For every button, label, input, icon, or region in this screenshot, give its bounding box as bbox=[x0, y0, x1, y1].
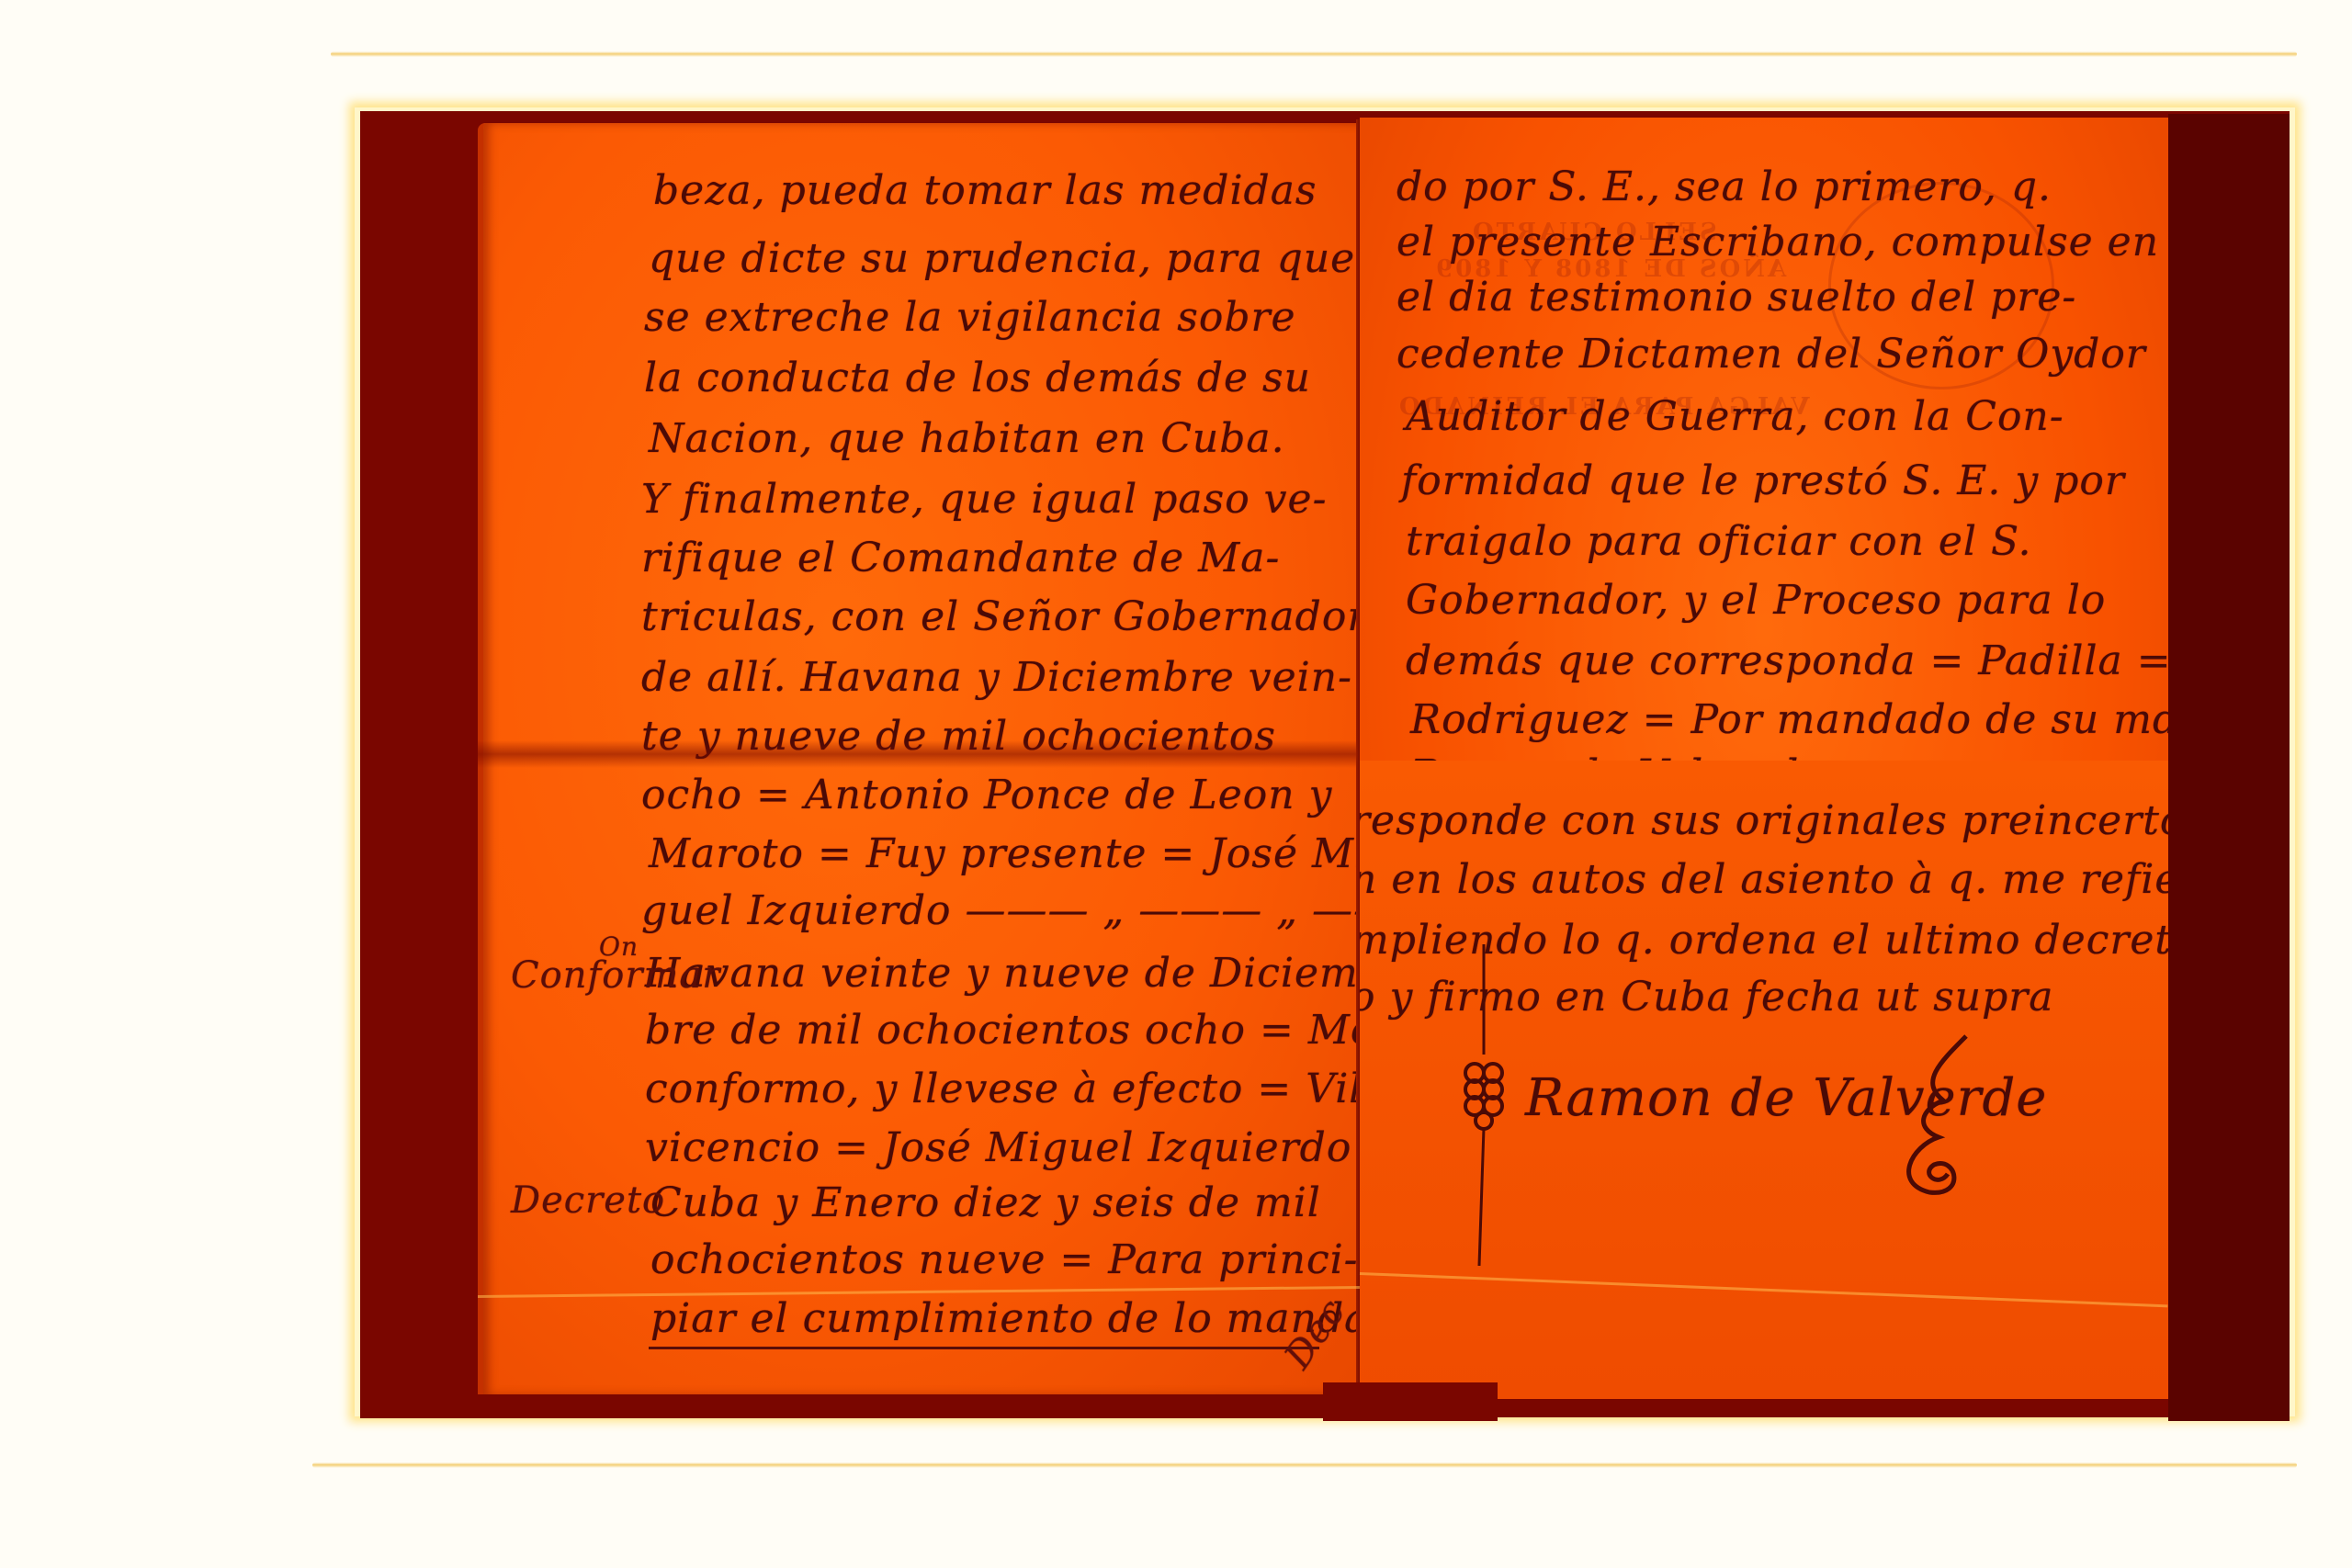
closing-underline bbox=[649, 1347, 1319, 1349]
right-line-2: el presente Escribano, compulse en bbox=[1396, 219, 2159, 265]
margin-note-decreto: Decreto bbox=[511, 1179, 665, 1222]
left-line-12: Maroto = Fuy presente = José Mi- bbox=[649, 830, 1365, 877]
right-line-8: Gobernador, y el Proceso para lo bbox=[1406, 577, 2106, 624]
right-line-4: cedente Dictamen del Señor Oydor bbox=[1396, 331, 2146, 378]
left-line-4: la conducta de los demás de su bbox=[644, 355, 1311, 401]
left-line-19: ochocientos nueve = Para princi- bbox=[650, 1236, 1359, 1283]
right-lower-line-2: n en los autos del asiento à q. me refie… bbox=[1360, 856, 2168, 903]
right-line-7: traigalo para oficiar con el S. bbox=[1406, 518, 2032, 565]
left-line-9: de allí. Havana y Diciembre vein- bbox=[641, 654, 1352, 701]
film-edge-bottom bbox=[312, 1462, 2297, 1468]
film-edge-top bbox=[331, 51, 2297, 57]
dark-mat-right-edge bbox=[2168, 114, 2290, 1421]
left-line-17: vicencio = José Miguel Izquierdo bbox=[645, 1124, 1351, 1171]
right-line-3: el dia testimonio suelto del pre- bbox=[1396, 274, 2076, 321]
margin-note-conformar: Conformar bbox=[511, 954, 720, 997]
left-line-20: piar el cumplimiento de lo manda- bbox=[650, 1295, 1365, 1342]
left-line-3: se extreche la vigilancia sobre bbox=[644, 294, 1296, 341]
left-line-1: beza, pueda tomar las medidas bbox=[653, 167, 1317, 214]
notarial-knot-sign-icon bbox=[1452, 944, 1516, 1275]
bottom-dark-strip-mid bbox=[1323, 1382, 1498, 1421]
left-line-16: conformo, y llevese à efecto = Villa- bbox=[645, 1066, 1365, 1112]
right-line-9: demás que corresponda = Padilla = bbox=[1406, 637, 2168, 684]
left-line-13: guel Izquierdo ——— „ ——— „ ——— bbox=[641, 887, 1365, 934]
right-line-5: Auditor de Guerra, con la Con- bbox=[1406, 393, 2064, 440]
left-line-18: Cuba y Enero diez y seis de mil bbox=[650, 1179, 1321, 1226]
right-page-lower-sheet: responde con sus originales preincertos,… bbox=[1360, 761, 2168, 1399]
left-line-14: Havana veinte y nueve de Diciem- bbox=[645, 950, 1365, 997]
right-page: VALGA PARA EL REINADO SELLO CUARTO AÑOS … bbox=[1360, 118, 2168, 1399]
left-line-7: rifique el Comandante de Ma- bbox=[641, 535, 1280, 581]
left-line-15: bre de mil ochocientos ocho = Me bbox=[645, 1007, 1365, 1054]
right-line-10: Rodriguez = Por mandado de su md. bbox=[1410, 696, 2168, 743]
left-line-6: Y finalmente, que igual paso ve- bbox=[641, 476, 1327, 523]
right-lower-line-1: responde con sus originales preincertos,… bbox=[1360, 797, 2168, 844]
left-line-8: triculas, con el Señor Gobernador bbox=[641, 593, 1365, 640]
right-line-1: do por S. E., sea lo primero, q. bbox=[1396, 164, 2052, 210]
left-line-5: Nacion, que habitan en Cuba. bbox=[649, 415, 1285, 462]
signature-rubric-icon bbox=[1856, 1027, 1994, 1201]
left-line-11: ocho = Antonio Ponce de Leon y bbox=[641, 772, 1332, 818]
bottom-dark-strip-left bbox=[360, 1394, 1371, 1418]
page-fold-shadow bbox=[478, 740, 1360, 768]
left-line-2: que dicte su prudencia, para que bbox=[649, 235, 1355, 282]
right-line-6: formidad que le prestó S. E. y por bbox=[1401, 457, 2125, 504]
